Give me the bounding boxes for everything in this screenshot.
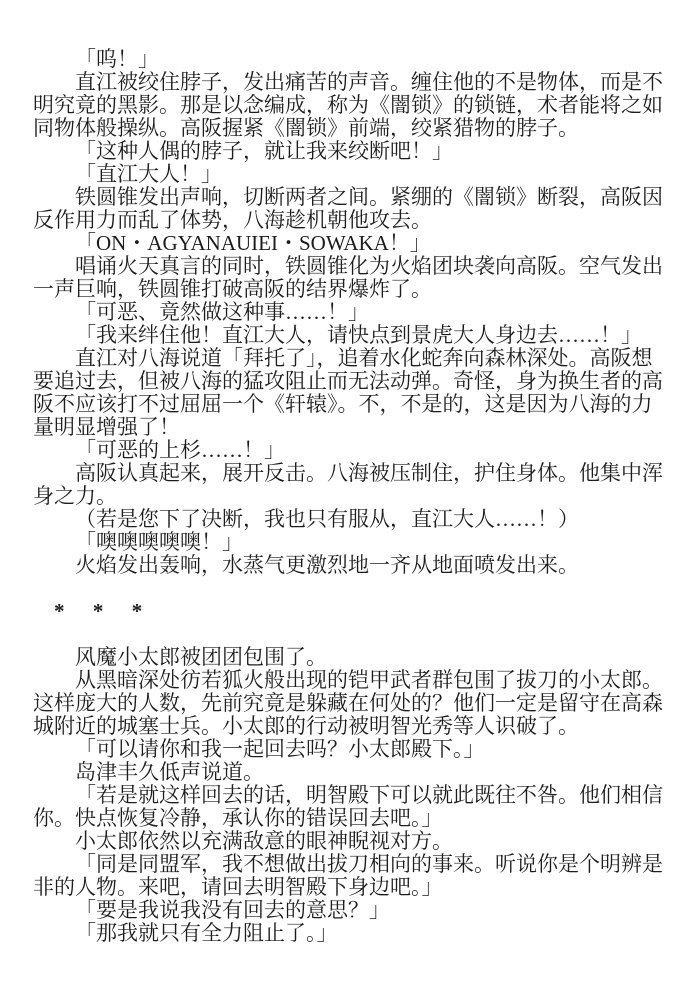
paragraph: 「那我就只有全力阻止了。」: [33, 922, 665, 945]
paragraph: 从黑暗深处彷若狐火般出现的铠甲武者群包围了拔刀的小太郎。这样庞大的人数，先前究竟…: [33, 669, 665, 738]
paragraph: 小太郎依然以充满敌意的眼神睨视对方。: [33, 830, 665, 853]
novel-page: 「呜！」 直江被绞住脖子，发出痛苦的声音。缠住他的不是物体，而是不明究竟的黑影。…: [0, 0, 700, 993]
paragraph: 唱诵火天真言的同时，铁圆锥化为火焰团块袭向高阪。空气发出一声巨响，铁圆锥打破高阪…: [33, 255, 665, 301]
paragraph: 火焰发出轰响，水蒸气更激烈地一齐从地面喷发出来。: [33, 554, 665, 577]
paragraph: 「直江大人！」: [33, 163, 665, 186]
paragraph: 「呜！」: [33, 48, 665, 71]
scene-2: 风魔小太郎被团团包围了。 从黑暗深处彷若狐火般出现的铠甲武者群包围了拔刀的小太郎…: [33, 646, 665, 945]
paragraph: 直江被绞住脖子，发出痛苦的声音。缠住他的不是物体，而是不明究竟的黑影。那是以念编…: [33, 71, 665, 140]
paragraph: 「可恶、竟然做这种事……！」: [33, 301, 665, 324]
paragraph: 风魔小太郎被团团包围了。: [33, 646, 665, 669]
paragraph: 「这种人偶的脖子，就让我来绞断吧！」: [33, 140, 665, 163]
paragraph: 「噢噢噢噢噢！」: [33, 531, 665, 554]
paragraph: 「可以请你和我一起回去吗？小太郎殿下。」: [33, 738, 665, 761]
section-divider: * * *: [33, 600, 665, 623]
paragraph: 「可恶的上杉……！」: [33, 439, 665, 462]
paragraph: 「要是我说我没有回去的意思？」: [33, 899, 665, 922]
paragraph: 直江对八海说道「拜托了」，追着水化蛇奔向森林深处。高阪想要追过去，但被八海的猛攻…: [33, 347, 665, 439]
paragraph: 岛津丰久低声说道。: [33, 761, 665, 784]
paragraph: 「若是就这样回去的话，明智殿下可以就此既往不咎。他们相信你。快点恢复冷静，承认你…: [33, 784, 665, 830]
scene-1: 「呜！」 直江被绞住脖子，发出痛苦的声音。缠住他的不是物体，而是不明究竟的黑影。…: [33, 48, 665, 577]
paragraph: 「我来绊住他！直江大人，请快点到景虎大人身边去……！」: [33, 324, 665, 347]
paragraph: 高阪认真起来，展开反击。八海被压制住，护住身体。他集中浑身之力。: [33, 462, 665, 508]
paragraph: （若是您下了决断，我也只有服从，直江大人……！）: [33, 508, 665, 531]
paragraph: 「ON・AGYANAUIEI・SOWAKA！」: [33, 232, 665, 255]
paragraph: 铁圆锥发出声响，切断两者之间。紧绷的《闇锁》断裂，高阪因反作用力而乱了体势，八海…: [33, 186, 665, 232]
paragraph: 「同是同盟军，我不想做出拔刀相向的事来。听说你是个明辨是非的人物。来吧，请回去明…: [33, 853, 665, 899]
